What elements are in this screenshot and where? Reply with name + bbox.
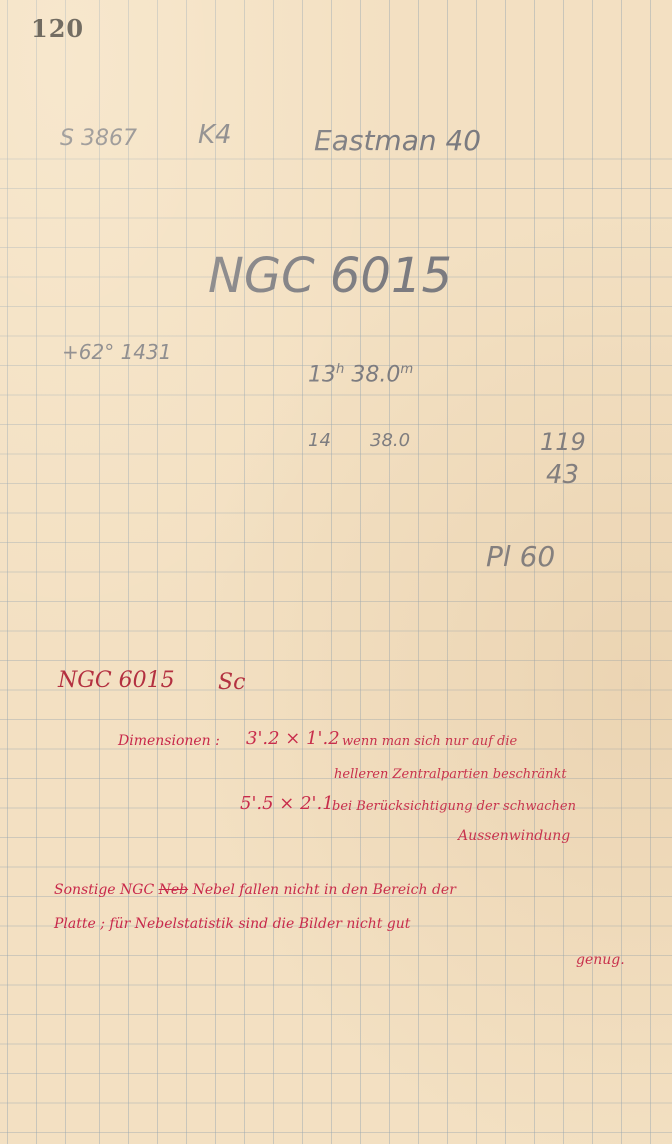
ra-2-hours: 14 — [308, 430, 331, 451]
remark-line-2: Platte ; für Nebelstatistik sind die Bil… — [54, 916, 410, 932]
dimension-2: 5'.5 × 2'.1 — [240, 793, 334, 814]
ink-object: NGC 6015 — [58, 668, 175, 693]
remark-1-start: Sonstige NGC — [54, 882, 154, 898]
emulsion-label: Eastman 40 — [314, 124, 481, 157]
ra-1-minutes: 38.0 — [351, 362, 400, 387]
page-number: 120 — [31, 14, 84, 43]
dimension-1: 3'.2 × 1'.2 — [246, 728, 340, 749]
dimension-1-text: wenn man sich nur auf die — [342, 734, 517, 749]
dimension-1-text-2: helleren Zentralpartien beschränkt — [334, 767, 567, 782]
ra-1-hour-unit: h — [336, 362, 344, 377]
ra-1-hours: 13 — [308, 362, 336, 387]
ra-1-minute-unit: m — [400, 362, 413, 377]
remark-1-end: Nebel fallen nicht in den Bereich der — [193, 882, 456, 898]
dimension-2-text: bei Berücksichtigung der schwachen — [332, 799, 576, 814]
dimension-2-text-2: Aussenwindung — [458, 828, 570, 844]
ink-type: Sc — [218, 670, 245, 695]
notebook-page: 120 S 3867 K4 Eastman 40 NGC 6015 +62° 1… — [0, 0, 672, 1144]
plate-code: K4 — [198, 120, 232, 150]
remark-line-1: Sonstige NGC Neb Nebel fallen nicht in d… — [54, 882, 456, 898]
ra-2-minutes: 38.0 — [370, 430, 410, 451]
coord-x: 119 — [540, 428, 586, 456]
dimensions-label: Dimensionen : — [118, 733, 220, 749]
coord-y: 43 — [546, 460, 579, 490]
plate-field: Pl 60 — [486, 540, 555, 573]
ra-line-1: 13h 38.0m — [308, 362, 413, 387]
remark-1-struck: Neb — [159, 882, 189, 898]
bd-number: +62° 1431 — [62, 340, 171, 364]
object-title: NGC 6015 — [208, 248, 452, 304]
remark-line-3: genug. — [576, 952, 625, 968]
plate-number: S 3867 — [60, 126, 137, 151]
